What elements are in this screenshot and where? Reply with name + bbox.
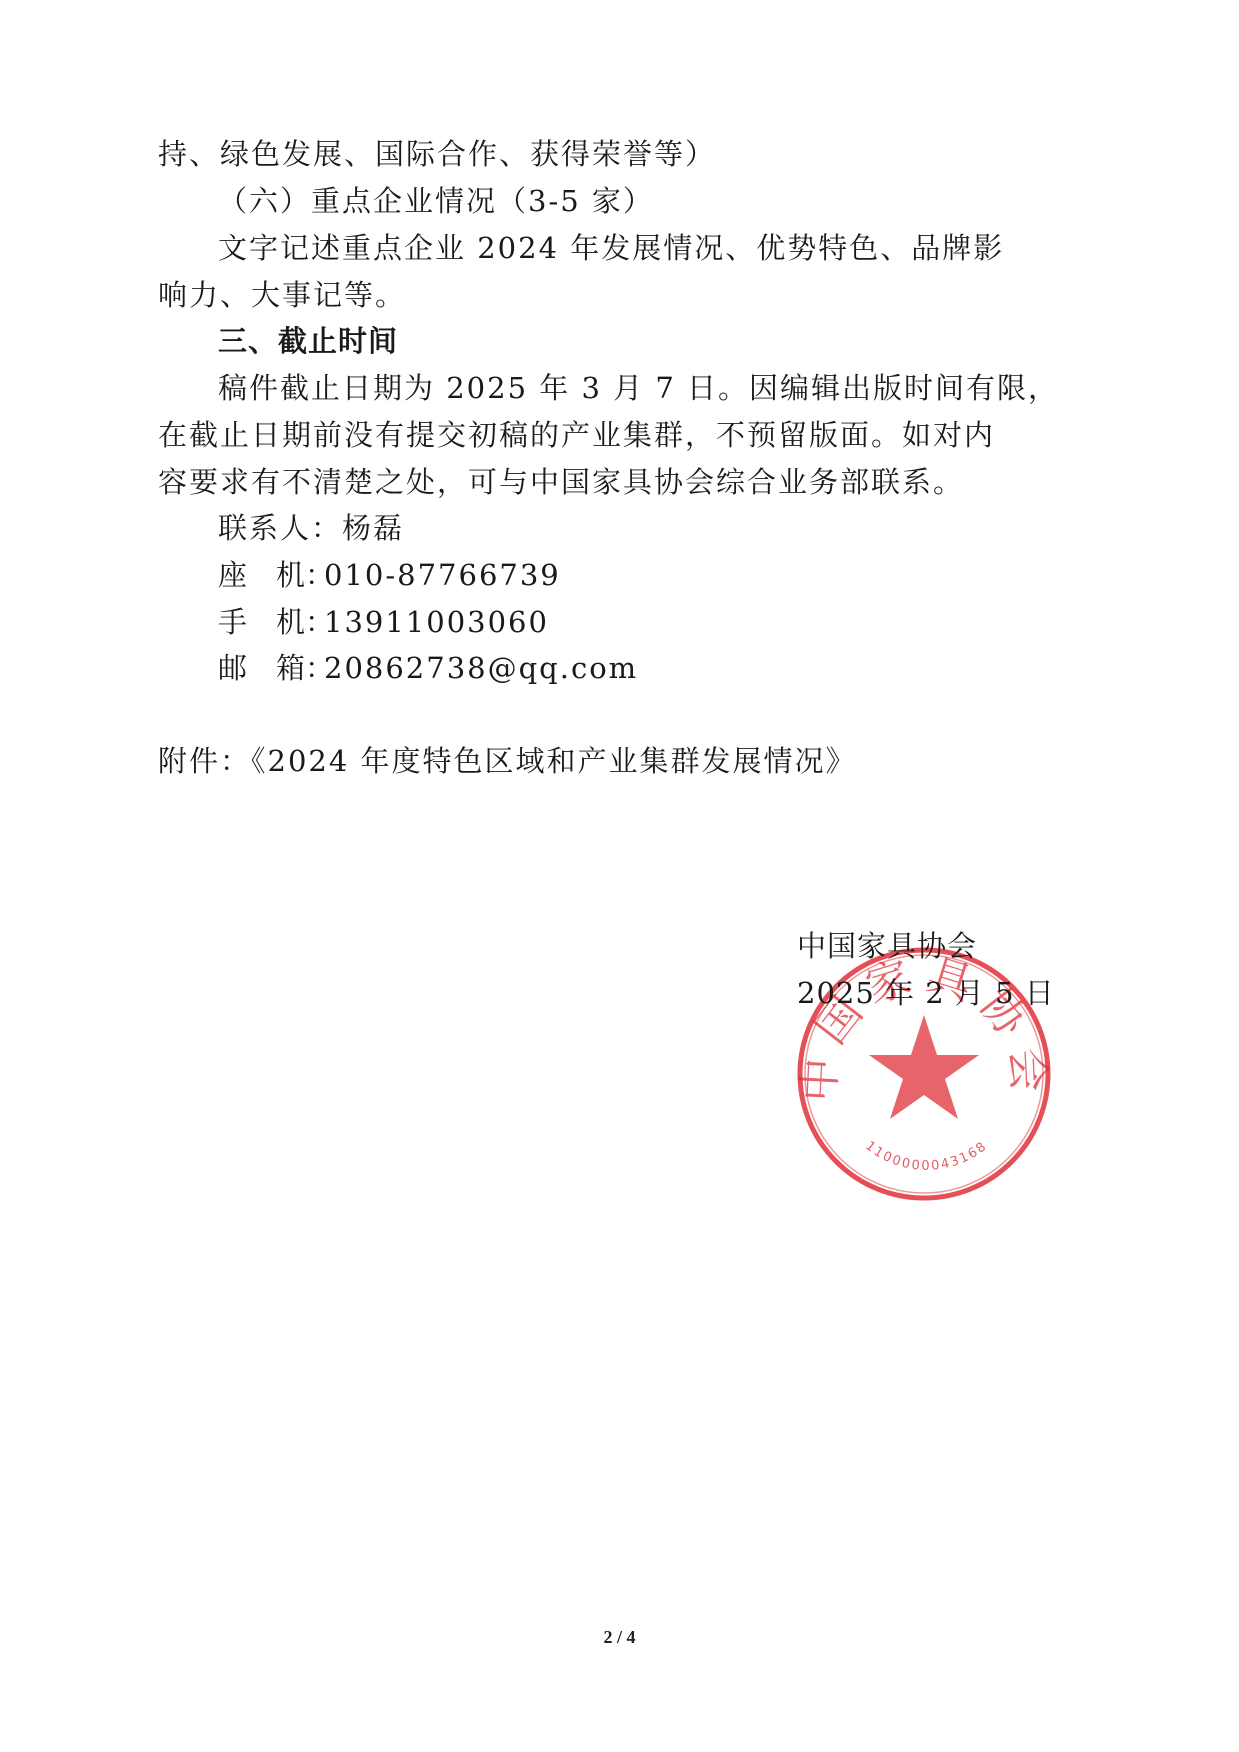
contact-mobile: 手机：13911003060: [218, 602, 549, 642]
section-heading-6: （六）重点企业情况（3-5 家）: [218, 181, 654, 221]
contact-person-value: 杨磊: [342, 511, 404, 545]
landline-value: 010-87766739: [324, 558, 561, 592]
contact-person-label: 联系人：: [218, 511, 342, 545]
paragraph-line: 响力、大事记等。: [158, 275, 406, 315]
attachment-note: 附件：《2024 年度特色区域和产业集群发展情况》: [158, 741, 857, 781]
paragraph-line: 容要求有不清楚之处，可与中国家具协会综合业务部联系。: [158, 462, 964, 502]
svg-text:1100000043168: 1100000043168: [862, 1139, 990, 1174]
signature-date: 2025 年 2 月 5 日: [797, 973, 1055, 1013]
email-value: 20862738@qq.com: [324, 651, 638, 685]
signature-org: 中国家具协会: [797, 926, 977, 966]
paragraph-line: 在截止日期前没有提交初稿的产业集群，不预留版面。如对内: [158, 415, 995, 455]
mobile-label-1: 手: [218, 602, 276, 642]
page-number: 2 / 4: [0, 1627, 1239, 1648]
section-heading-deadline: 三、截止时间: [218, 321, 398, 361]
paragraph-line: 文字记述重点企业 2024 年发展情况、优势特色、品牌影: [218, 228, 1004, 268]
landline-label-1: 座: [218, 555, 276, 595]
contact-person: 联系人：杨磊: [218, 508, 404, 548]
contact-landline: 座机：010-87766739: [218, 555, 561, 595]
paragraph-line: 稿件截止日期为 2025 年 3 月 7 日。因编辑出版时间有限，: [218, 368, 1059, 408]
star-icon: [869, 1015, 979, 1119]
email-label-1: 邮: [218, 648, 276, 688]
document-page: 持、绿色发展、国际合作、获得荣誉等） （六）重点企业情况（3-5 家） 文字记述…: [0, 0, 1239, 1752]
paragraph-line: 持、绿色发展、国际合作、获得荣誉等）: [158, 134, 716, 174]
mobile-value: 13911003060: [324, 605, 549, 639]
contact-email: 邮箱：20862738@qq.com: [218, 648, 638, 688]
